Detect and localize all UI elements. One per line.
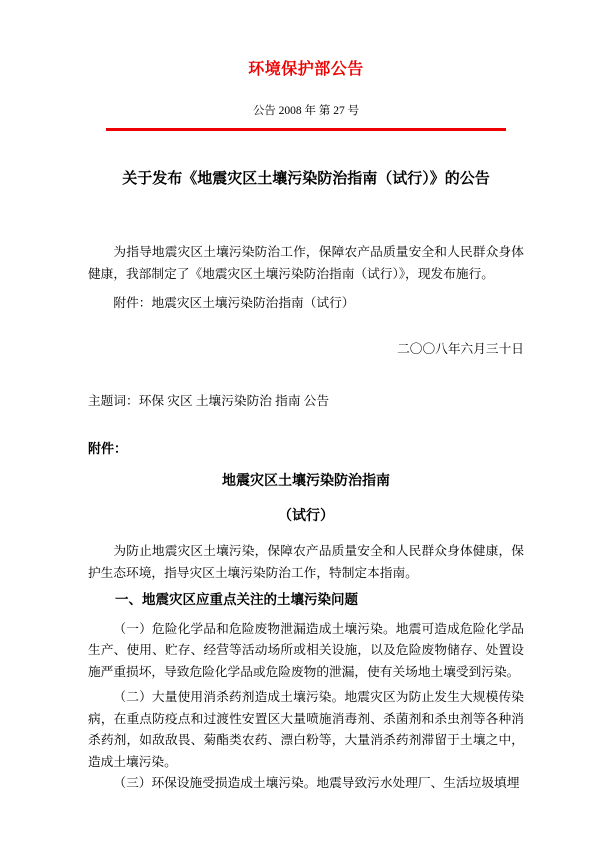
attachment-title: 地震灾区土壤污染防治指南 [88, 471, 524, 493]
section-1-paragraph-1: （一）危险化学品和危险废物泄漏造成土壤污染。地震可造成危险化学品生产、使用、贮存… [88, 619, 524, 684]
section-1-paragraph-2: （二）大量使用消杀药剂造成土壤污染。地震灾区为防止发生大规模传染病，在重点防疫点… [88, 687, 524, 773]
agency-title: 环境保护部公告 [88, 58, 524, 82]
attachment-label: 附件： [88, 438, 524, 460]
attachment-reference-line: 附件：地震灾区土壤污染防治指南（试行） [88, 293, 524, 315]
keywords-line: 主题词：环保 灾区 土壤污染防治 指南 公告 [88, 391, 524, 413]
announcement-title: 关于发布《地震灾区土壤污染防治指南（试行）》的公告 [88, 167, 524, 191]
guide-intro-paragraph: 为防止地震灾区土壤污染，保障农产品质量安全和人民群众身体健康，保护生态环境，指导… [88, 541, 524, 584]
announcement-body-paragraph: 为指导地震灾区土壤污染防治工作，保障农产品质量安全和人民群众身体健康，我部制定了… [88, 242, 524, 285]
red-divider [106, 128, 506, 131]
section-1-heading: 一、地震灾区应重点关注的土壤污染问题 [88, 589, 524, 611]
announcement-date: 二〇〇八年六月三十日 [88, 339, 524, 361]
doc-number: 公告 2008 年 第 27 号 [88, 104, 524, 119]
section-1-paragraph-3-clipped: （三）环保设施受损造成土壤污染。地震导致污水处理厂、生活垃圾填埋 [88, 773, 524, 795]
attachment-subtitle: （试行） [88, 506, 524, 528]
document-page: 环境保护部公告 公告 2008 年 第 27 号 关于发布《地震灾区土壤污染防治… [0, 0, 610, 850]
